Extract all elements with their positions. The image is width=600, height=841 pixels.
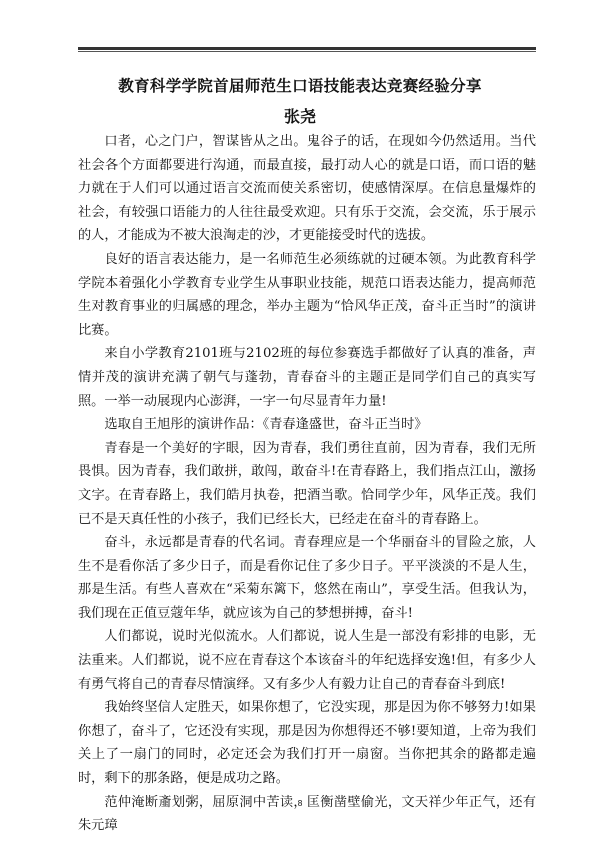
document-body: 口者，心之门户，智谋皆从之出。鬼谷子的话，在现如今仍然适用。当代社会各个方面都要… bbox=[78, 130, 536, 838]
paragraph: 人们都说，说时光似流水。人们都说，说人生是一部没有彩排的电影，无法重来。人们都说… bbox=[78, 625, 536, 696]
paragraph: 范仲淹断齑划粥，屈原洞中苦读，匡衡凿壁偷光，文天祥少年正气，还有朱元璋 bbox=[78, 791, 536, 838]
paragraph: 选取自王旭彤的演讲作品：《青春逢盛世，奋斗正当时》 bbox=[78, 413, 536, 437]
paragraph: 青春是一个美好的字眼，因为青春，我们勇往直前，因为青春，我们无所畏惧。因为青春，… bbox=[78, 437, 536, 531]
paragraph: 奋斗，永远都是青春的代名词。青春理应是一个华丽奋斗的冒险之旅，人生不是看你活了多… bbox=[78, 531, 536, 625]
paragraph: 良好的语言表达能力，是一名师范生必须练就的过硬本领。为此教育科学学院本着强化小学… bbox=[78, 248, 536, 342]
header-rule-thin bbox=[78, 51, 536, 52]
header-rule bbox=[78, 47, 536, 52]
document-title: 教育科学学院首届师范生口语技能表达竞赛经验分享 bbox=[0, 74, 600, 96]
page-number: 8 bbox=[0, 799, 600, 808]
paragraph: 我始终坚信人定胜天，如果你想了，它没实现，那是因为你不够努力!如果你想了，奋斗了… bbox=[78, 696, 536, 790]
document-author: 张尧 bbox=[0, 104, 600, 127]
paragraph: 来自小学教育2101班与2102班的每位参赛选手都做好了认真的准备，声情并茂的演… bbox=[78, 342, 536, 413]
paragraph: 口者，心之门户，智谋皆从之出。鬼谷子的话，在现如今仍然适用。当代社会各个方面都要… bbox=[78, 130, 536, 248]
header-rule-thick bbox=[78, 47, 536, 50]
